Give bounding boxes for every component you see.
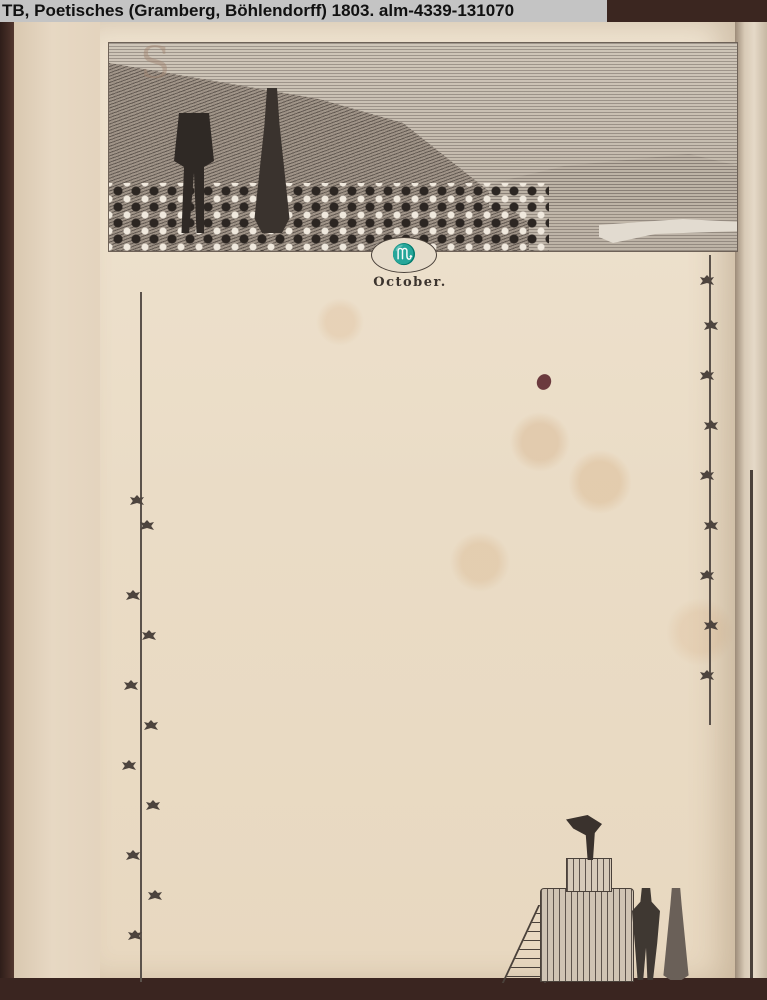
grapevines bbox=[109, 183, 549, 252]
next-page-tree-illustration bbox=[750, 470, 767, 980]
river bbox=[599, 213, 738, 243]
month-title: October. bbox=[340, 275, 480, 290]
wine-press-vignette bbox=[540, 888, 634, 982]
image-caption: TB, Poetisches (Gramberg, Böhlendorff) 1… bbox=[0, 0, 607, 22]
zodiac-glyph: ♏ bbox=[392, 245, 417, 265]
vineyard-engraving bbox=[108, 42, 738, 252]
hop-vine-border-left bbox=[140, 292, 142, 982]
wine-press-top bbox=[566, 858, 612, 892]
scanned-almanac-page: S ♏ October. bbox=[0, 0, 767, 1000]
book-cover-bottom bbox=[0, 978, 767, 1000]
library-stamp-icon: S bbox=[140, 38, 170, 89]
scorpio-icon: ♏ bbox=[371, 237, 437, 273]
flyleaf bbox=[14, 22, 111, 982]
